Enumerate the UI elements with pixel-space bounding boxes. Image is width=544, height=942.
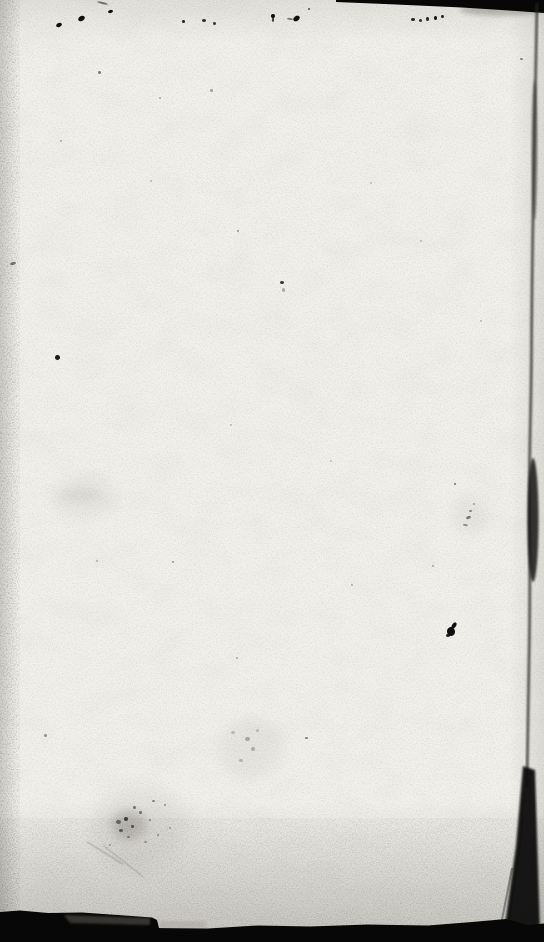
ink-speck [473, 503, 475, 505]
scan-artifacts-layer [0, 0, 544, 942]
paper-grain-layer [0, 0, 544, 942]
ink-speck [272, 17, 274, 22]
ink-speck [441, 15, 444, 18]
ink-speck [370, 182, 372, 184]
marks-layer [0, 0, 544, 942]
ink-speck [202, 19, 206, 22]
ink-speck [96, 560, 98, 562]
ink-speck [55, 22, 62, 28]
ink-speck [308, 8, 310, 10]
ink-speck [446, 626, 455, 636]
ink-speck [292, 14, 301, 22]
ink-speck [420, 240, 422, 242]
ink-speck [434, 16, 437, 20]
smudge-mark [452, 495, 486, 535]
ink-speck [411, 18, 415, 21]
ink-speck [239, 759, 243, 762]
ink-speck [256, 729, 259, 732]
ink-speck [271, 14, 275, 18]
ink-speck [230, 424, 232, 426]
bottom-edge-shading [0, 802, 544, 942]
ink-speck [213, 22, 216, 25]
ink-speck [182, 20, 185, 23]
ink-speck [108, 9, 114, 13]
ink-speck [245, 737, 250, 741]
ink-speck [55, 355, 60, 360]
ink-speck [469, 510, 472, 512]
ink-speck [419, 19, 422, 22]
ink-speck [450, 621, 457, 629]
ink-speck [210, 89, 213, 92]
ink-speck [287, 18, 293, 21]
smudge-mark [218, 720, 282, 778]
ink-speck [159, 97, 161, 99]
ink-speck [446, 634, 450, 637]
ink-speck [305, 737, 308, 739]
ink-speck [426, 17, 429, 21]
left-edge-shading [0, 0, 18, 942]
right-edge-shading [510, 0, 544, 942]
ink-speck [351, 584, 353, 586]
ink-speck [251, 747, 255, 751]
smudge-mark [50, 476, 118, 518]
ink-speck [77, 15, 86, 23]
scanned-page [0, 0, 544, 942]
ink-speck [282, 288, 285, 292]
ink-speck [60, 140, 62, 142]
smudge-mark [60, 488, 100, 502]
ink-speck [98, 71, 101, 74]
ink-speck [44, 734, 47, 737]
ink-speck [432, 565, 434, 567]
ink-speck [231, 731, 235, 734]
ink-speck [236, 657, 238, 659]
ink-speck [97, 1, 108, 6]
ink-speck [466, 515, 472, 520]
ink-speck [463, 524, 468, 527]
grain-coarse [0, 0, 544, 942]
ink-speck [330, 460, 332, 462]
grain-fine [0, 0, 544, 942]
top-edge-shading [0, 0, 544, 42]
ink-speck [280, 281, 284, 284]
ink-speck [480, 320, 482, 322]
ink-speck [172, 561, 174, 563]
ink-speck [150, 180, 152, 182]
ink-speck [454, 483, 456, 485]
ink-speck [237, 230, 239, 232]
